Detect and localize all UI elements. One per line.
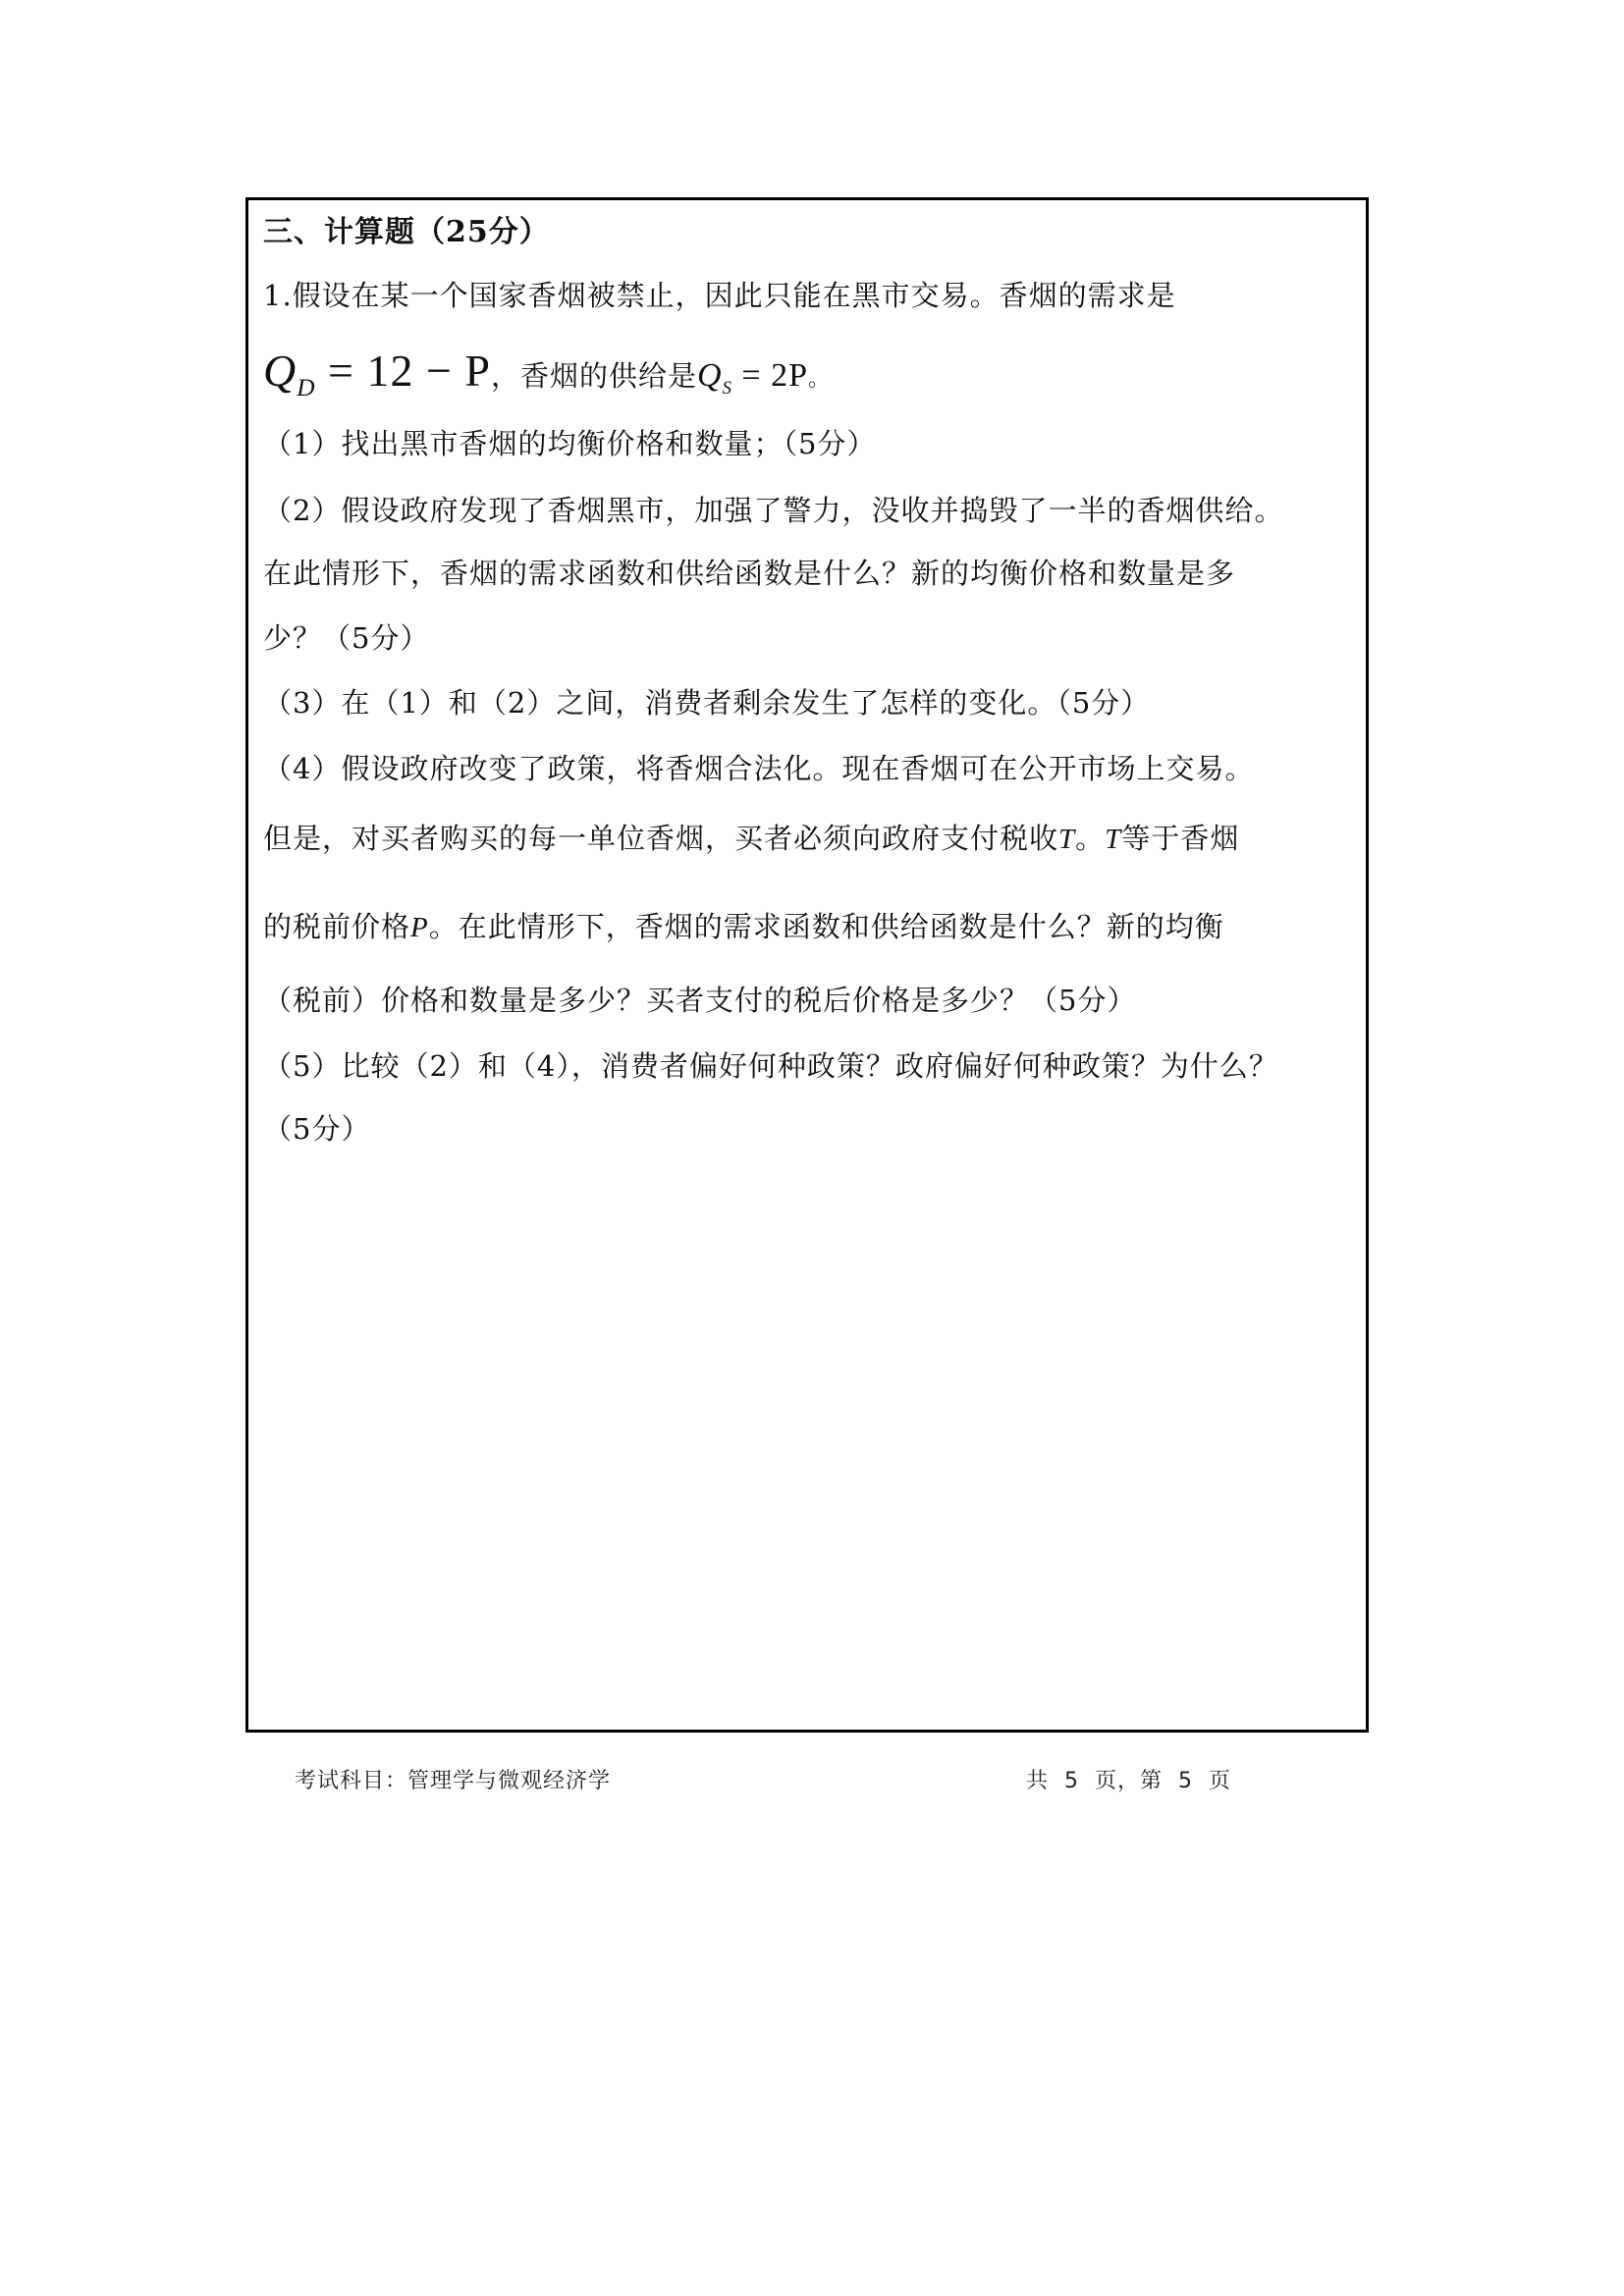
supply-text: ，香烟的供给是 bbox=[491, 359, 697, 393]
part-1: （1）找出黑市香烟的均衡价格和数量；（5分） bbox=[263, 430, 876, 458]
part-4-line-3: 的税前价格P。在此情形下，香烟的需求函数和供给函数是什么？新的均衡 bbox=[263, 913, 1224, 942]
part-2-line-3: 少？（5分） bbox=[263, 624, 429, 653]
formula-line: QD = 12 − P，香烟的供给是QS = 2P。 bbox=[263, 348, 831, 400]
question-intro: 1.假设在某一个国家香烟被禁止，因此只能在黑市交易。香烟的需求是 bbox=[263, 282, 1176, 310]
part-2-line-2: 在此情形下，香烟的需求函数和供给函数是什么？新的均衡价格和数量是多 bbox=[263, 560, 1235, 588]
part-5-line-1: （5）比较（2）和（4），消费者偏好何种政策？政府偏好何种政策？为什么？ bbox=[263, 1052, 1278, 1081]
part-2-line-1: （2）假设政府发现了香烟黑市，加强了警力，没收并捣毁了一半的香烟供给。 bbox=[263, 497, 1283, 525]
part-4-line-2: 但是，对买者购买的每一单位香烟，买者必须向政府支付税收T。T等于香烟 bbox=[263, 825, 1239, 854]
var-P: P bbox=[410, 912, 429, 943]
var-T: T bbox=[1058, 824, 1075, 855]
footer-subject: 考试科目：管理学与微观经济学 bbox=[295, 1764, 611, 1794]
part-4-line-1: （4）假设政府改变了政策，将香烟合法化。现在香烟可在公开市场上交易。 bbox=[263, 755, 1254, 783]
section-title: 三、计算题（25分） bbox=[263, 218, 550, 247]
var-T: T bbox=[1105, 824, 1121, 855]
part-5-line-2: （5分） bbox=[263, 1115, 370, 1144]
demand-formula: QD = 12 − P bbox=[263, 346, 491, 396]
supply-formula: QS = 2P bbox=[697, 357, 808, 394]
footer-pagination: 共 5 页，第 5 页 bbox=[1026, 1764, 1231, 1794]
part-3: （3）在（1）和（2）之间，消费者剩余发生了怎样的变化。（5分） bbox=[263, 689, 1150, 718]
part-4-line-4: （税前）价格和数量是多少？买者支付的税后价格是多少？（5分） bbox=[263, 987, 1136, 1015]
